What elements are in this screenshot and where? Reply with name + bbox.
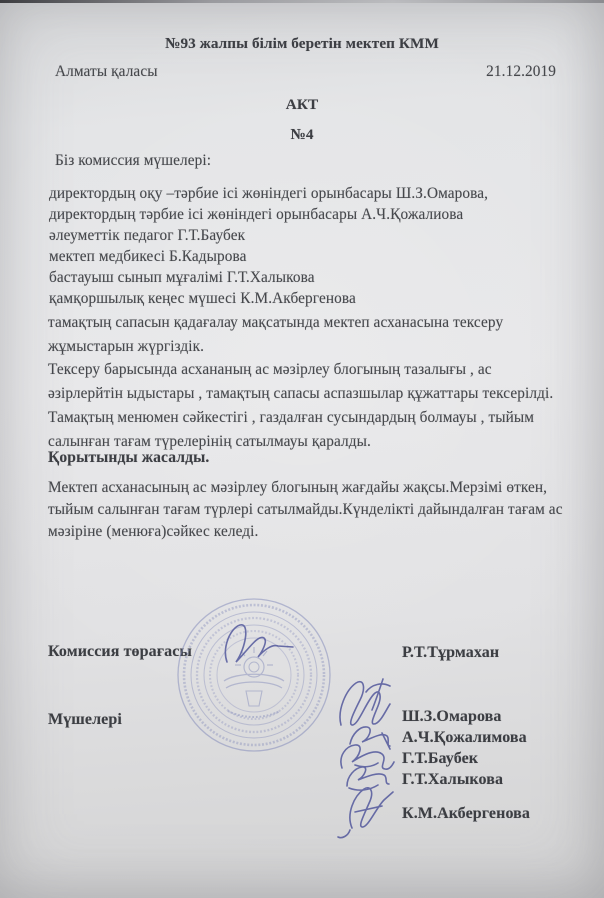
member-signature-name: А.Ч.Қожалимова: [402, 729, 527, 747]
omarova-signature-icon: [340, 679, 390, 725]
baubek-signature-icon: [341, 745, 394, 769]
city-label: Алматы қаласы: [55, 63, 158, 81]
member-signature-name: К.М.Акбергенова: [402, 805, 530, 823]
commission-members-list: директордың оқу –тәрбие ісі жөніндегі ор…: [49, 183, 488, 309]
member-line: бастауыш сынып мұғалімі Г.Т.Халыкова: [49, 267, 488, 288]
intro-line: Біз комиссия мүшелері:: [55, 152, 211, 170]
paragraph-checked-items: Тексеру барысында асхананың ас мәзірлеу …: [48, 358, 553, 405]
member-line: директордың оқу –тәрбие ісі жөніндегі ор…: [49, 183, 488, 204]
paragraph-menu-compliance: Тамақтың менюмен сәйкестігі , газдалған …: [48, 406, 534, 453]
members-label: Мүшелері: [48, 711, 122, 729]
paragraph-line: тамақтың сапасын қадағалау мақсатында ме…: [48, 311, 503, 335]
chairman-label: Комиссия төрағасы: [48, 643, 192, 661]
doc-type-heading: АКТ: [0, 96, 604, 114]
document-title: №93 жалпы білім беретін мектеп КММ: [0, 35, 604, 53]
conclusion-heading: Қорытынды жасалды.: [48, 449, 209, 467]
chairman-signature-icon: [225, 625, 293, 662]
kozhalimova-signature-icon: [350, 727, 390, 749]
date-label: 21.12.2019: [486, 63, 556, 81]
member-signature-name: Ш.З.Омарова: [402, 708, 502, 726]
khalykova-signature-icon: [347, 767, 389, 790]
paragraph-line: Тексеру барысында асхананың ас мәзірлеу …: [48, 358, 553, 382]
conclusion-line: тыйым салынған тағам түрлері сатылмайды.…: [48, 499, 563, 521]
round-seal-stamp-icon: [178, 599, 330, 751]
paragraph-line: әзірлерйтін ыдыстары , тамақтың сапасы а…: [48, 382, 553, 406]
member-line: мектеп медбикесі Б.Кадырова: [49, 246, 488, 267]
kazakhstan-emblem-icon: [224, 647, 284, 717]
city-date-row: Алматы қаласы 21.12.2019: [55, 63, 556, 81]
member-signature-name: Г.Т.Халыкова: [402, 771, 503, 789]
document-photo: №93 жалпы білім беретін мектеп КММ Алмат…: [0, 0, 604, 898]
chairman-name: Р.Т.Тұрмахан: [402, 644, 499, 662]
conclusion-line: Мектеп асханасының ас мәзірлеу блогының …: [48, 477, 563, 499]
member-line: қамқоршылық кеңес мүшесі К.М.Акбергенова: [49, 288, 488, 309]
member-line: әлеуметтік педагог Г.Т.Баубек: [49, 225, 488, 246]
member-signature-name: Г.Т.Баубек: [402, 750, 478, 768]
conclusion-paragraph: Мектеп асханасының ас мәзірлеу блогының …: [48, 477, 563, 543]
paragraph-inspection: тамақтың сапасын қадағалау мақсатында ме…: [48, 311, 503, 358]
conclusion-line: мәзіріне (менюға)сәйкес келеді.: [48, 521, 563, 543]
akbergenova-signature-icon: [338, 788, 393, 838]
member-line: директордың тәрбие ісі жөніндегі орынбас…: [49, 204, 488, 225]
paragraph-line: жұмыстарын жүргіздік.: [48, 335, 503, 359]
paragraph-line: Тамақтың менюмен сәйкестігі , газдалған …: [48, 406, 534, 430]
doc-number-heading: №4: [0, 126, 604, 144]
